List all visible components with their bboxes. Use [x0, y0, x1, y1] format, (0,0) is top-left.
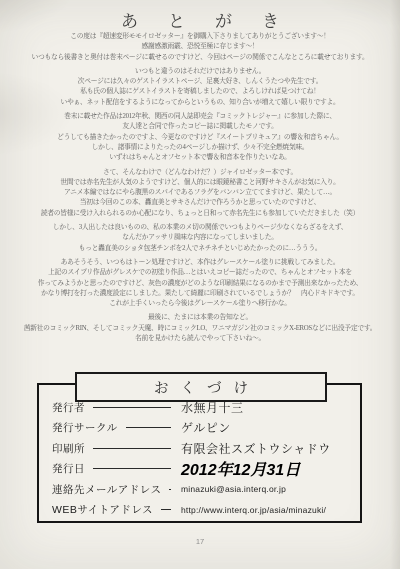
afterword-paragraph: しかし、3人出したは良いものの、私の本業のメ切の関係でいつもよりページ少なくなら…: [0, 223, 400, 254]
colophon-title-text: おくづけ: [142, 377, 260, 398]
afterword-line: 世間では赤名先生が人気のようですけど、個人的には眼鏡秘書こと河野サキさんがお気に…: [0, 178, 400, 188]
afterword-line: しかし、3人出したは良いものの、私の本業のメ切の関係でいつもよりページ少なくなら…: [0, 223, 400, 233]
afterword-line: しかし、諸事情によりたったの4ページしか描けず、少々不完全燃焼気味。: [0, 143, 400, 153]
leader-line: [126, 427, 171, 428]
page-title-text: あとがき: [91, 12, 309, 31]
afterword-line: 読者の皆様に受け入れられるのか心配になり、ちょっと日和って赤名先生にも参加してい…: [0, 209, 400, 219]
afterword-line: 友人達と合同で作ったコピー誌に掲載したモノです。: [0, 122, 400, 132]
afterword-line: 作ってみようかと思ったのですけど、灰色の濃度がどのような印刷結果になるのかまで予…: [0, 279, 400, 289]
colophon-row: WEBサイトアドレスhttp://www.interq.or.jp/asia/m…: [52, 500, 357, 521]
colophon-row: 発行者水無月十三: [52, 397, 357, 418]
colophon-row-value: minazuki@asia.interq.or.jp: [181, 484, 357, 494]
afterword-line: ああそうそう、いつもはトーン処理ですけど、本作はグレースケール塗りに挑戦してみま…: [0, 258, 400, 268]
afterword-line: アニメ本編ではなにやら腹黒のスパイであるフラグをバンバン立ててますけど、果たして…: [0, 188, 400, 198]
colophon-row: 発行日2012年12月31日: [52, 459, 357, 480]
afterword-paragraph: 最後に、たまには本業の告知など。茜新社のコミックRIN、そしてコミック天魔、時に…: [0, 313, 400, 344]
afterword-line: なんだかアッサリ風味な内容になってしまいました。: [0, 233, 400, 243]
colophon-box: おくづけ 発行者水無月十三発行サークルゲルピン印刷所有限会社スズトウシャドウ発行…: [37, 372, 362, 523]
afterword-line: 次ページには久々のゲストイラストページ、足裏大好き、しんくうたつや先生です。: [0, 77, 400, 87]
afterword-line: 私も氏の個人誌にゲストイラストを寄稿しましたので、よろしければ見つけてね！: [0, 87, 400, 97]
colophon-row-label: 発行サークル: [52, 420, 118, 435]
colophon-row-label: 発行者: [52, 400, 85, 415]
scanned-afterword-page: あとがき この度は『超速変形モモイロゼッター』を御購入下さりましてありがとうござ…: [0, 0, 400, 569]
afterword-line: さて、そんなわけで（どんなわけだ？）ジャイロゼッター本です。: [0, 168, 400, 178]
afterword-paragraph: 巻末に載せた作品は2012年秋、関西の同人誌即売会『コミックトレジャー』に参加し…: [0, 112, 400, 163]
colophon-row-value: 水無月十三: [181, 399, 357, 416]
colophon-row: 連絡先メールアドレスminazuki@asia.interq.or.jp: [52, 479, 357, 500]
afterword-line: もっと轟直美のショタ包茎チンポを2人でネチネチといじめたかったのに…ううう。: [0, 244, 400, 254]
afterword-line: いつもなら後書きと奥付は巻末ページに載せるのですけど、今回はページの関係でこんな…: [0, 53, 400, 63]
afterword-paragraphs: この度は『超速変形モモイロゼッター』を御購入下さりましてありがとうございます～！…: [0, 32, 400, 348]
afterword-paragraph: ああそうそう、いつもはトーン処理ですけど、本作はグレースケール塗りに挑戦してみま…: [0, 258, 400, 309]
afterword-paragraph: さて、そんなわけで（どんなわけだ？）ジャイロゼッター本です。世間では赤名先生が人…: [0, 168, 400, 219]
afterword-line: かなり博打を打った濃度設定にしました。果たして綺麗に印刷されているでしょうか？ …: [0, 289, 400, 299]
colophon-row-label: 連絡先メールアドレス: [52, 482, 161, 497]
colophon-row-value: 有限会社スズトウシャドウ: [181, 440, 357, 457]
afterword-line: いつもと違うのはそれだけではありません。: [0, 67, 400, 77]
leader-line: [93, 448, 171, 449]
afterword-line: 茜新社のコミックRIN、そしてコミック天魔、時にコミックLO、ワニマガジン社のコ…: [0, 324, 400, 334]
colophon-row: 印刷所有限会社スズトウシャドウ: [52, 438, 357, 459]
leader-line: [161, 509, 171, 510]
colophon-row-label: WEBサイトアドレス: [52, 502, 153, 517]
afterword-line: この度は『超速変形モモイロゼッター』を御購入下さりましてありがとうございます～！: [0, 32, 400, 42]
colophon-row-value: 2012年12月31日: [181, 457, 357, 480]
leader-line: [169, 489, 171, 490]
afterword-line: いやぁ、ネット配信をするようになってからというもの、知り合いが増えて嬉しい限りで…: [0, 98, 400, 108]
colophon-row: 発行サークルゲルピン: [52, 418, 357, 439]
afterword-paragraph: いつもと違うのはそれだけではありません。次ページには久々のゲストイラストページ、…: [0, 67, 400, 108]
afterword-line: 名前を見かけたら読んでやって下さいね～。: [0, 334, 400, 344]
colophon-row-label: 印刷所: [52, 441, 85, 456]
leader-line: [93, 468, 171, 469]
afterword-line: どうしても描きたかったのですよ、今更なのですけど『スイートプリキュア』の響＆和音…: [0, 133, 400, 143]
colophon-row-label: 発行日: [52, 461, 85, 476]
afterword-line: これが上手くいったら今後はグレースケール塗りへ移行かな。: [0, 299, 400, 309]
afterword-line: 感謝感激雨霰、恐悦至極に存じます～！: [0, 42, 400, 52]
afterword-line: 巻末に載せた作品は2012年秋、関西の同人誌即売会『コミックトレジャー』に参加し…: [0, 112, 400, 122]
colophon-row-value: ゲルピン: [181, 419, 357, 436]
colophon-rows: 発行者水無月十三発行サークルゲルピン印刷所有限会社スズトウシャドウ発行日2012…: [52, 397, 357, 520]
afterword-line: いずれはちゃんとオフセット本で響＆和音本を作りたいなあ。: [0, 153, 400, 163]
leader-line: [93, 407, 171, 408]
afterword-paragraph: この度は『超速変形モモイロゼッター』を御購入下さりましてありがとうございます～！…: [0, 32, 400, 63]
afterword-line: 上記のスイプリ作品がグレスケでの初塗り作品…とはいえコピー誌だったので、ちゃんと…: [0, 268, 400, 278]
page-title: あとがき: [0, 7, 400, 32]
colophon-row-value: http://www.interq.or.jp/asia/minazuki/: [181, 505, 357, 515]
afterword-line: 最後に、たまには本業の告知など。: [0, 313, 400, 323]
afterword-line: 当初は今回のこの本、轟直美とサキさんだけで作ろうかと思っていたのですけど、: [0, 198, 400, 208]
page-number: 17: [0, 537, 400, 546]
